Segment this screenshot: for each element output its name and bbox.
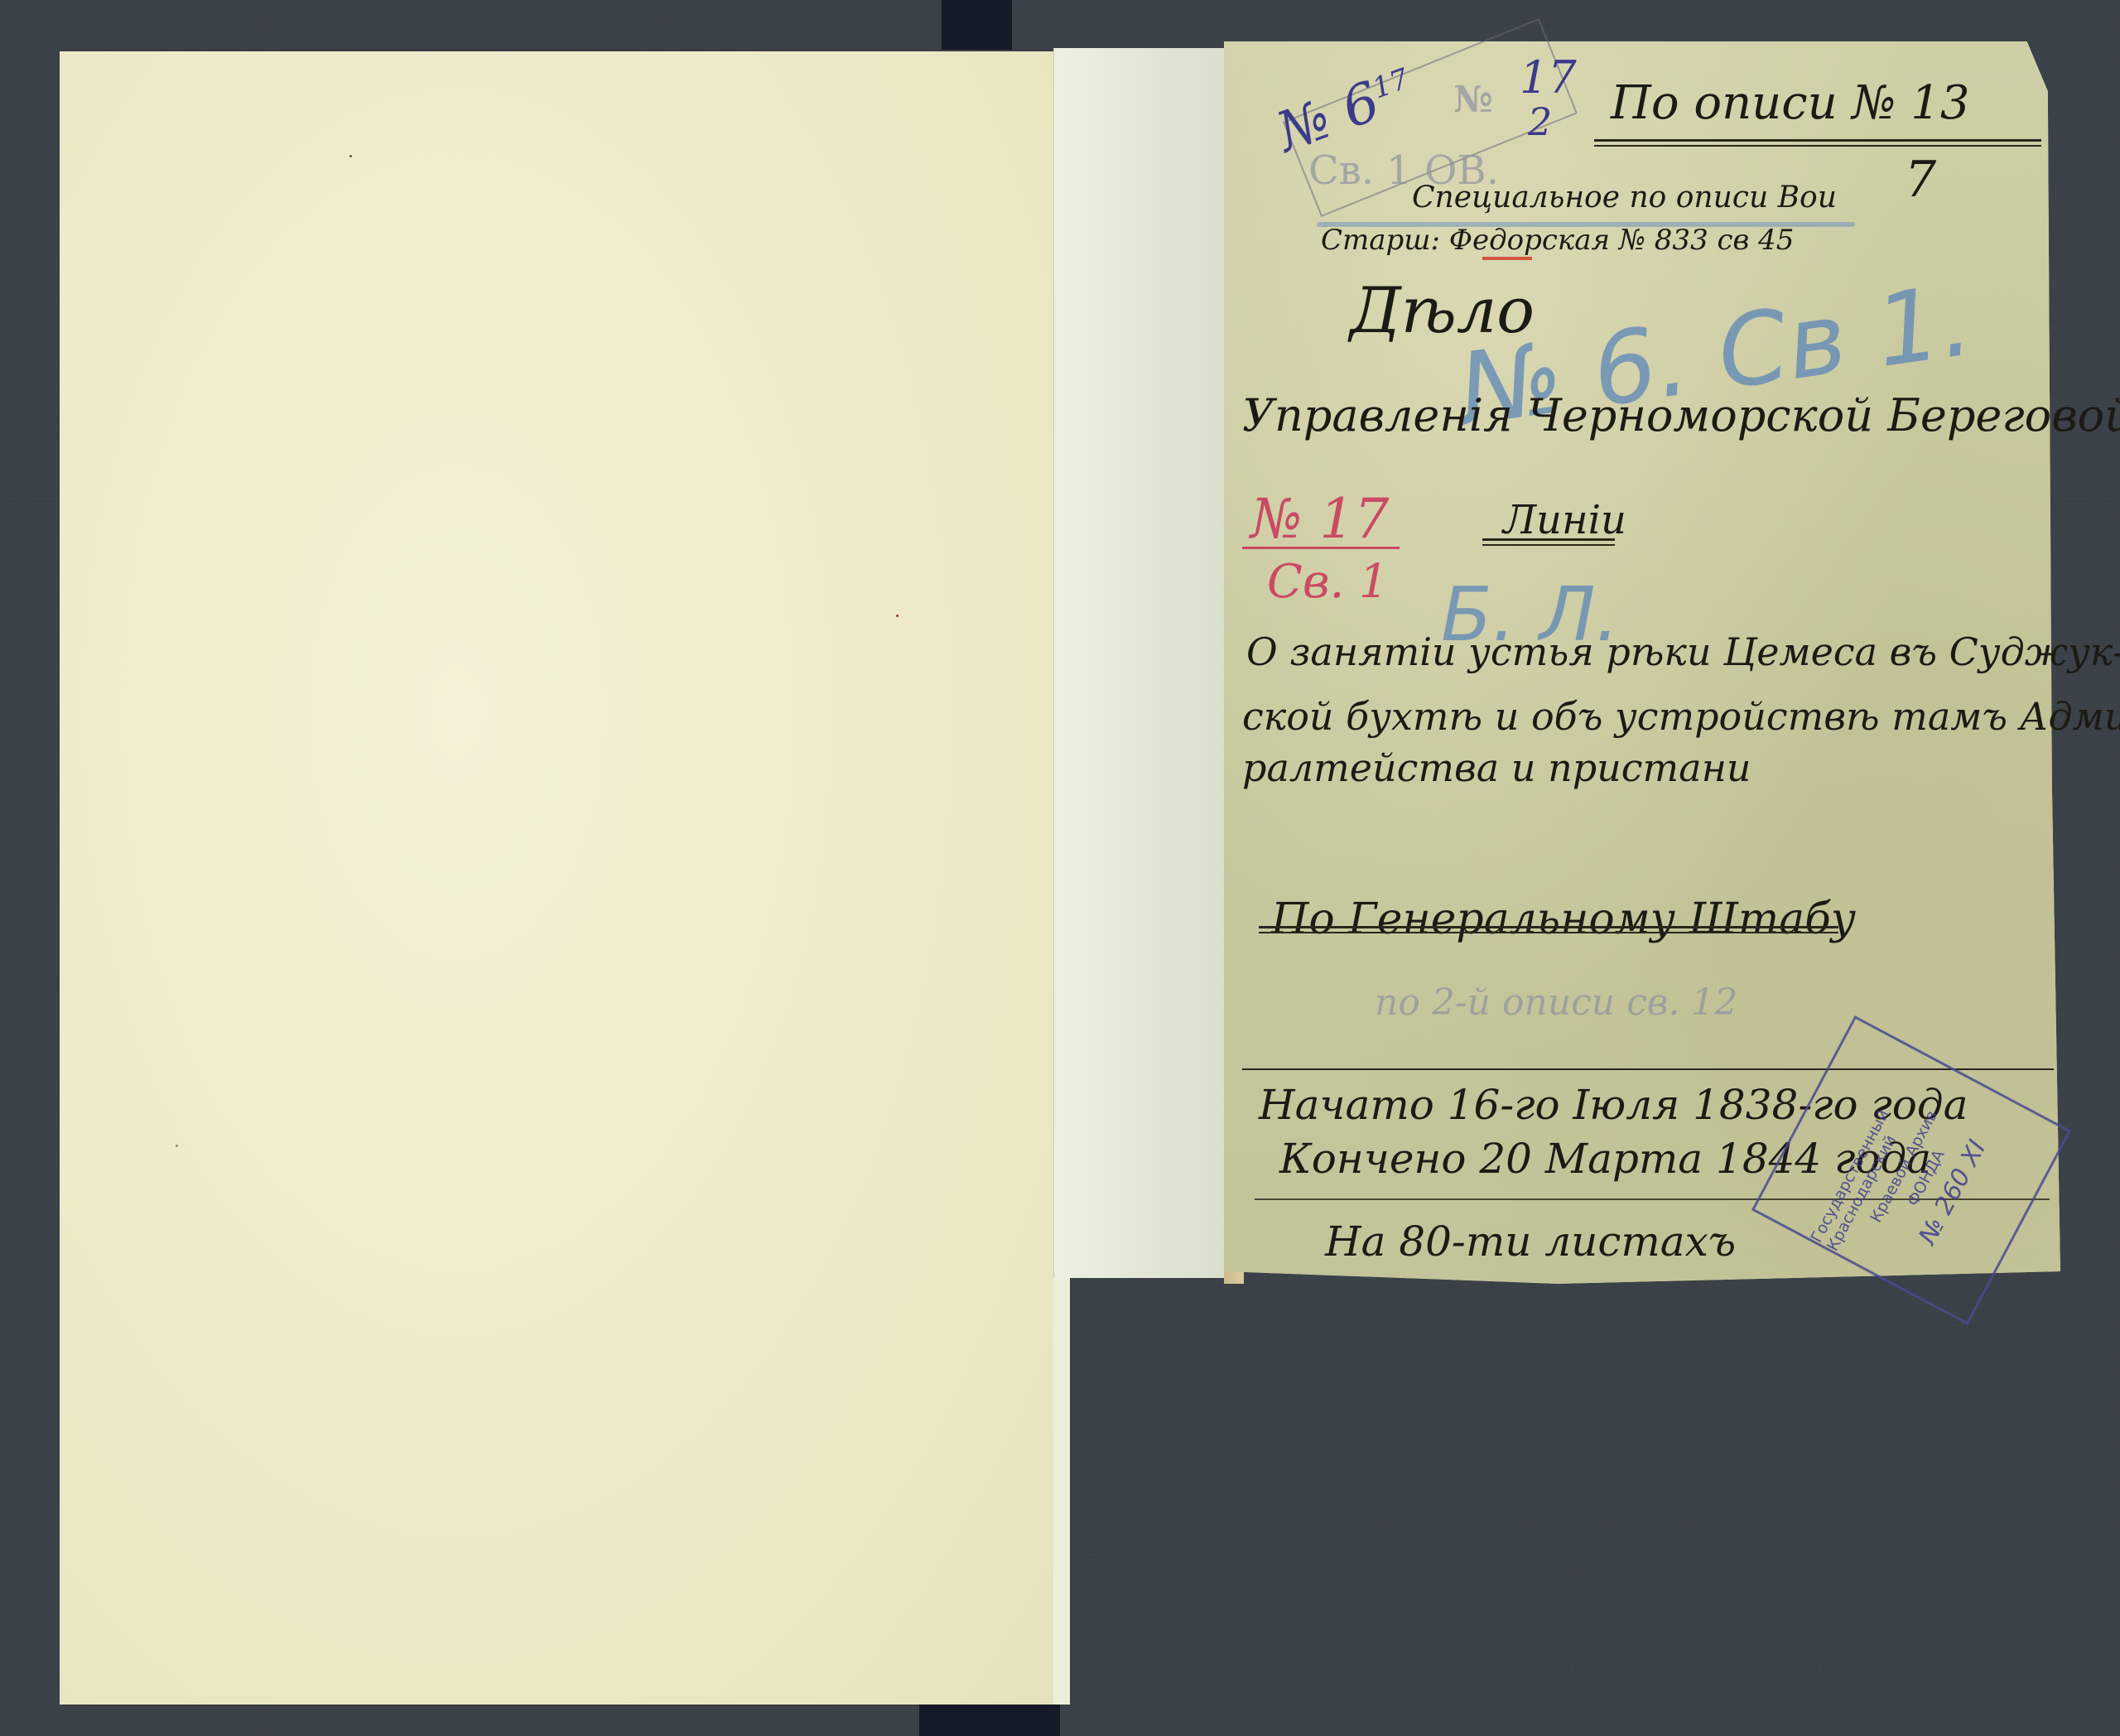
red-fraction-line [1242,547,1400,549]
binding-gap-top [942,0,1012,50]
subject-line-1: О занятіи устья рѣки Цемеса въ Суджук- [1246,629,2120,674]
mark-seven: 7 [1905,151,1936,209]
grey-pencil-note: по 2-й описи св. 12 [1375,981,1737,1024]
stamp-number-label: № [1453,79,1493,121]
special-inventory-line: Специальное по описи Вои [1412,181,1837,215]
old-inventory-line: Старш: Федорская № 833 св 45 [1321,224,1794,257]
department-underline [1482,538,1615,546]
stamp-number-denominator: 2 [1528,99,1552,144]
stamp-number-value: 17 [1520,51,1577,104]
paper-speck [349,155,352,157]
page-edge-lower [1053,1278,1070,1705]
inventory-underline [1594,139,2041,147]
sheet-count: На 80-ти листахъ [1325,1218,1736,1266]
red-case-number: № 17 [1250,487,1389,551]
section-underline [1259,926,1838,933]
subject-line-2: ской бухтѣ и объ устройствѣ тамъ Адми- [1242,694,2120,739]
subject-line-3: ралтейства и пристани [1242,745,1751,790]
paper-speck [176,1145,178,1147]
inventory-label: По описи № 13 [1611,76,1969,130]
blank-left-page [60,51,1053,1705]
department-name: Управленія Черноморской Береговой [1242,389,2120,441]
department-line2: Линіи [1503,497,1626,543]
tissue-hinge-strip [1053,48,1228,1278]
red-bundle-number: Св. 1 [1267,555,1389,609]
section-general-staff: По Генеральному Штабу [1271,895,1856,944]
paper-speck [896,615,899,617]
red-pencil-underline [1482,257,1532,260]
